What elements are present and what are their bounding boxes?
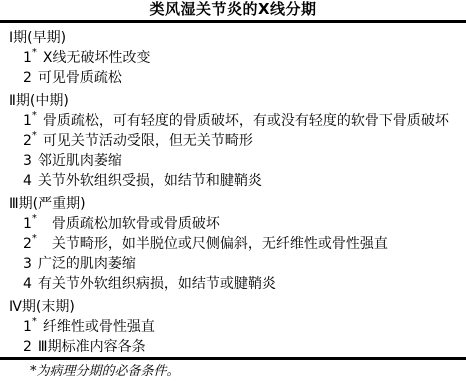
asterisk-marker: * [32,317,37,327]
stage-section: Ⅱ期(中期) 1*骨质疏松，可有轻度的骨质破坏，有或没有轻度的软骨下骨质破坏 2… [0,91,466,191]
criterion-number: 2 [23,68,32,88]
criterion-text: 关节畸形，如半脱位或尺侧偏斜，无纤维性或骨性强直 [52,236,388,252]
stage-section: Ⅲ期(严重期) 1*骨质疏松加软骨或骨质破坏 2*关节畸形，如半脱位或尺侧偏斜，… [0,194,466,294]
stage-header-label: Ⅳ期(末期) [9,299,75,315]
criterion-row: 2Ⅲ期标准内容各条 [0,337,466,357]
asterisk-marker: * [32,214,37,224]
stage-header-label: Ⅰ期(早期) [9,30,66,46]
criterion-number: 1 [23,317,32,337]
criterion-text: 关节外软组织受损，如结节和腱鞘炎 [38,173,262,189]
asterisk-marker: * [32,131,37,141]
table-body: Ⅰ期(早期) 1*X线无破坏性改变 2可见骨质疏松 Ⅱ期(中期) 1*骨质疏松，… [0,23,466,357]
footnote-text: *为病理分期的必备条件。 [30,364,180,379]
criterion-row: 3广泛的肌肉萎缩 [0,254,466,274]
criterion-row: 2*关节畸形，如半脱位或尺侧偏斜，无纤维性或骨性强直 [0,234,466,254]
criterion-text: 骨质疏松，可有轻度的骨质破坏，有或没有轻度的软骨下骨质破坏 [43,113,449,129]
criterion-text: 广泛的肌肉萎缩 [38,256,136,272]
criterion-text: 可见骨质疏松 [38,70,122,86]
criterion-row: 1*X线无破坏性改变 [0,48,466,68]
criterion-number: 4 [23,171,32,191]
criterion-number: 4 [23,274,32,294]
criterion-number: 1 [23,111,32,131]
staging-table-document: 类风湿关节炎的X线分期 Ⅰ期(早期) 1*X线无破坏性改变 2可见骨质疏松 Ⅱ期… [0,0,466,381]
criterion-number: 2 [23,234,32,254]
criterion-row: 1*骨质疏松加软骨或骨质破坏 [0,214,466,234]
criterion-row: 1*骨质疏松，可有轻度的骨质破坏，有或没有轻度的软骨下骨质破坏 [0,111,466,131]
asterisk-marker: * [32,234,37,244]
criterion-text: Ⅲ期标准内容各条 [38,339,146,355]
stage-header-row: Ⅱ期(中期) [0,91,466,111]
criterion-number: 1 [23,214,32,234]
criterion-text: X线无破坏性改变 [43,50,151,66]
table-title: 类风湿关节炎的X线分期 [0,0,466,23]
stage-header-label: Ⅲ期(严重期) [9,196,86,212]
stage-section: Ⅰ期(早期) 1*X线无破坏性改变 2可见骨质疏松 [0,28,466,88]
criterion-number: 2 [23,131,32,151]
criterion-row: 3邻近肌肉萎缩 [0,151,466,171]
stage-header-label: Ⅱ期(中期) [9,93,69,109]
criterion-text: 邻近肌肉萎缩 [38,153,122,169]
stage-section: Ⅳ期(末期) 1*纤维性或骨性强直 2Ⅲ期标准内容各条 [0,297,466,357]
criterion-number: 3 [23,151,32,171]
criterion-row: 1*纤维性或骨性强直 [0,317,466,337]
stage-header-row: Ⅲ期(严重期) [0,194,466,214]
criterion-row: 4有关节外软组织病损，如结节或腱鞘炎 [0,274,466,294]
criterion-text: 可见关节活动受限，但无关节畸形 [43,133,253,149]
footnote: *为病理分期的必备条件。 [0,357,466,381]
criterion-text: 纤维性或骨性强直 [43,319,155,335]
criterion-number: 2 [23,337,32,357]
criterion-number: 3 [23,254,32,274]
stage-header-row: Ⅰ期(早期) [0,28,466,48]
criterion-row: 2*可见关节活动受限，但无关节畸形 [0,131,466,151]
criterion-text: 有关节外软组织病损，如结节或腱鞘炎 [38,276,276,292]
asterisk-marker: * [32,48,37,58]
stage-header-row: Ⅳ期(末期) [0,297,466,317]
criterion-row: 4关节外软组织受损，如结节和腱鞘炎 [0,171,466,191]
criterion-row: 2可见骨质疏松 [0,68,466,88]
criterion-text: 骨质疏松加软骨或骨质破坏 [52,216,220,232]
criterion-number: 1 [23,48,32,68]
asterisk-marker: * [32,111,37,121]
